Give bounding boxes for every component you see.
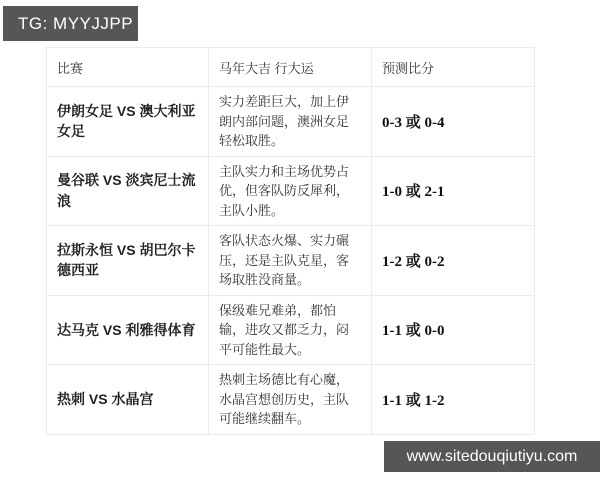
predicted-score: 1-2 或 0-2 xyxy=(372,226,535,296)
column-header-analysis: 马年大吉 行大运 xyxy=(209,48,372,87)
predictions-table: 比赛 马年大吉 行大运 预测比分 伊朗女足 VS 澳大利亚女足 实力差距巨大，加… xyxy=(46,47,535,435)
match-analysis: 主队实力和主场优势占优，但客队防反犀利，主队小胜。 xyxy=(209,156,372,226)
match-analysis: 热刺主场德比有心魔，水晶宫想创历史，主队可能继续翻车。 xyxy=(209,365,372,435)
telegram-badge: TG: MYYJJPP xyxy=(3,6,138,41)
page: TG: MYYJJPP 比赛 马年大吉 行大运 预测比分 伊朗女足 VS 澳大利… xyxy=(0,0,600,480)
predicted-score: 1-0 或 2-1 xyxy=(372,156,535,226)
column-header-prediction: 预测比分 xyxy=(372,48,535,87)
match-analysis: 客队状态火爆、实力碾压，还是主队克星，客场取胜没商量。 xyxy=(209,226,372,296)
table-row: 达马克 VS 利雅得体育 保级难兄难弟，都怕输，进攻又都乏力，闷平可能性最大。 … xyxy=(47,295,535,365)
match-name: 曼谷联 VS 淡宾尼士流浪 xyxy=(47,156,209,226)
website-url-bar: www.sitedouqiutiyu.com xyxy=(384,441,600,472)
table-header-row: 比赛 马年大吉 行大运 预测比分 xyxy=(47,48,535,87)
predicted-score: 1-1 或 0-0 xyxy=(372,295,535,365)
match-name: 伊朗女足 VS 澳大利亚女足 xyxy=(47,87,209,157)
match-name: 拉斯永恒 VS 胡巴尔卡德西亚 xyxy=(47,226,209,296)
table-row: 热刺 VS 水晶宫 热刺主场德比有心魔，水晶宫想创历史，主队可能继续翻车。 1-… xyxy=(47,365,535,435)
match-name: 达马克 VS 利雅得体育 xyxy=(47,295,209,365)
match-name: 热刺 VS 水晶宫 xyxy=(47,365,209,435)
predicted-score: 0-3 或 0-4 xyxy=(372,87,535,157)
table-row: 曼谷联 VS 淡宾尼士流浪 主队实力和主场优势占优，但客队防反犀利，主队小胜。 … xyxy=(47,156,535,226)
match-analysis: 保级难兄难弟，都怕输，进攻又都乏力，闷平可能性最大。 xyxy=(209,295,372,365)
match-analysis: 实力差距巨大，加上伊朗内部问题，澳洲女足轻松取胜。 xyxy=(209,87,372,157)
table-row: 拉斯永恒 VS 胡巴尔卡德西亚 客队状态火爆、实力碾压，还是主队克星，客场取胜没… xyxy=(47,226,535,296)
website-url: www.sitedouqiutiyu.com xyxy=(407,448,578,466)
column-header-match: 比赛 xyxy=(47,48,209,87)
table-row: 伊朗女足 VS 澳大利亚女足 实力差距巨大，加上伊朗内部问题，澳洲女足轻松取胜。… xyxy=(47,87,535,157)
predicted-score: 1-1 或 1-2 xyxy=(372,365,535,435)
